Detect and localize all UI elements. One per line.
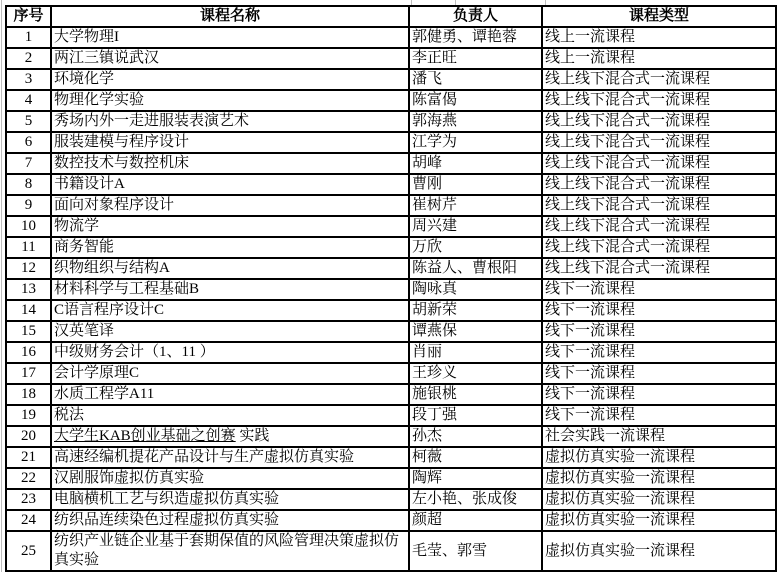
course-cell[interactable]: 电脑横机工艺与织造虚拟仿真实验 [51, 489, 409, 510]
course-cell[interactable]: 织物组织与结构A [51, 258, 409, 279]
type-cell[interactable]: 虚拟仿真实验一流课程 [542, 510, 776, 531]
table-row: 3环境化学潘飞线上线下混合式一流课程 [6, 69, 776, 90]
type-cell[interactable]: 线下一流课程 [542, 300, 776, 321]
course-cell[interactable]: 商务智能 [51, 237, 409, 258]
table-row: 9面向对象程序设计崔树芹线上线下混合式一流课程 [6, 195, 776, 216]
course-cell[interactable]: 高速经编机提花产品设计与生产虚拟仿真实验 [51, 447, 409, 468]
course-cell[interactable]: 材料科学与工程基础B [51, 279, 409, 300]
seq-cell[interactable]: 6 [6, 132, 51, 153]
course-cell[interactable]: 物流学 [51, 216, 409, 237]
table-row: 13材料科学与工程基础B陶咏真线下一流课程 [6, 279, 776, 300]
table-row: 16中级财务会计（1、11 ）肖丽线下一流课程 [6, 342, 776, 363]
table-row: 23电脑横机工艺与织造虚拟仿真实验左小艳、张成俊虚拟仿真实验一流课程 [6, 489, 776, 510]
header-row: 序号 课程名称 负责人 课程类型 [6, 6, 776, 27]
table-row: 11商务智能万欣线上线下混合式一流课程 [6, 237, 776, 258]
seq-cell[interactable]: 7 [6, 153, 51, 174]
table-row: 2两江三镇说武汉李正旺线上一流课程 [6, 48, 776, 69]
leader-cell[interactable]: 段丁强 [409, 405, 542, 426]
course-cell[interactable]: 汉英笔译 [51, 321, 409, 342]
type-cell[interactable]: 线上线下混合式一流课程 [542, 90, 776, 111]
course-cell[interactable]: 两江三镇说武汉 [51, 48, 409, 69]
type-cell[interactable]: 虚拟仿真实验一流课程 [542, 531, 776, 571]
seq-cell[interactable]: 19 [6, 405, 51, 426]
leader-cell[interactable]: 施银桃 [409, 384, 542, 405]
leader-cell[interactable]: 柯薇 [409, 447, 542, 468]
table-row: 18水质工程学A11施银桃线下一流课程 [6, 384, 776, 405]
course-cell[interactable]: 大学生KAB创业基础之创赛 实践 [51, 426, 409, 447]
header-course[interactable]: 课程名称 [51, 6, 409, 27]
course-cell[interactable]: 秀场内外一走进服装表演艺术 [51, 111, 409, 132]
course-cell[interactable]: C语言程序设计C [51, 300, 409, 321]
course-cell[interactable]: 环境化学 [51, 69, 409, 90]
seq-cell[interactable]: 3 [6, 69, 51, 90]
header-type[interactable]: 课程类型 [542, 6, 776, 27]
type-cell[interactable]: 线下一流课程 [542, 342, 776, 363]
seq-cell[interactable]: 12 [6, 258, 51, 279]
course-cell[interactable]: 数控技术与数控机床 [51, 153, 409, 174]
seq-cell[interactable]: 11 [6, 237, 51, 258]
course-table-body: 1大学物理I郭健勇、谭艳蓉线上一流课程2两江三镇说武汉李正旺线上一流课程3环境化… [6, 27, 776, 571]
leader-cell[interactable]: 谭燕保 [409, 321, 542, 342]
table-row: 21高速经编机提花产品设计与生产虚拟仿真实验柯薇虚拟仿真实验一流课程 [6, 447, 776, 468]
table-row: 24纺织品连续染色过程虚拟仿真实验颜超虚拟仿真实验一流课程 [6, 510, 776, 531]
type-cell[interactable]: 虚拟仿真实验一流课程 [542, 489, 776, 510]
type-cell[interactable]: 线上线下混合式一流课程 [542, 216, 776, 237]
course-cell[interactable]: 面向对象程序设计 [51, 195, 409, 216]
type-cell[interactable]: 社会实践一流课程 [542, 426, 776, 447]
type-cell[interactable]: 线上线下混合式一流课程 [542, 195, 776, 216]
table-row: 6服装建模与程序设计江学为线上线下混合式一流课程 [6, 132, 776, 153]
seq-cell[interactable]: 2 [6, 48, 51, 69]
type-cell[interactable]: 线下一流课程 [542, 363, 776, 384]
leader-cell[interactable]: 李正旺 [409, 48, 542, 69]
table-row: 15汉英笔译谭燕保线下一流课程 [6, 321, 776, 342]
table-row: 1大学物理I郭健勇、谭艳蓉线上一流课程 [6, 27, 776, 48]
type-cell[interactable]: 线上线下混合式一流课程 [542, 69, 776, 90]
type-cell[interactable]: 线上线下混合式一流课程 [542, 258, 776, 279]
leader-cell[interactable]: 郭海燕 [409, 111, 542, 132]
table-row: 19税法段丁强线下一流课程 [6, 405, 776, 426]
table-row: 8书籍设计A曹刚线上线下混合式一流课程 [6, 174, 776, 195]
table-row: 5秀场内外一走进服装表演艺术郭海燕线上线下混合式一流课程 [6, 111, 776, 132]
type-cell[interactable]: 虚拟仿真实验一流课程 [542, 468, 776, 489]
leader-cell[interactable]: 左小艳、张成俊 [409, 489, 542, 510]
header-seq[interactable]: 序号 [6, 6, 51, 27]
type-cell[interactable]: 虚拟仿真实验一流课程 [542, 447, 776, 468]
table-row: 10物流学周兴建线上线下混合式一流课程 [6, 216, 776, 237]
table-row: 7数控技术与数控机床胡峰线上线下混合式一流课程 [6, 153, 776, 174]
leader-cell[interactable]: 陈益人、曹根阳 [409, 258, 542, 279]
type-cell[interactable]: 线上一流课程 [542, 48, 776, 69]
sheet-gridline [1, 0, 2, 572]
type-cell[interactable]: 线下一流课程 [542, 321, 776, 342]
course-table: 序号 课程名称 负责人 课程类型 1大学物理I郭健勇、谭艳蓉线上一流课程2两江三… [5, 5, 777, 572]
table-row: 17会计学原理C王珍义线下一流课程 [6, 363, 776, 384]
seq-cell[interactable]: 25 [6, 531, 51, 571]
spreadsheet-canvas: 序号 课程名称 负责人 课程类型 1大学物理I郭健勇、谭艳蓉线上一流课程2两江三… [0, 0, 780, 572]
leader-cell[interactable]: 陶咏真 [409, 279, 542, 300]
table-row: 22汉剧服饰虚拟仿真实验陶辉虚拟仿真实验一流课程 [6, 468, 776, 489]
leader-cell[interactable]: 郭健勇、谭艳蓉 [409, 27, 542, 48]
leader-cell[interactable]: 陶辉 [409, 468, 542, 489]
seq-cell[interactable]: 8 [6, 174, 51, 195]
course-cell[interactable]: 大学物理I [51, 27, 409, 48]
seq-cell[interactable]: 21 [6, 447, 51, 468]
header-leader[interactable]: 负责人 [409, 6, 542, 27]
type-cell[interactable]: 线上线下混合式一流课程 [542, 111, 776, 132]
seq-cell[interactable]: 13 [6, 279, 51, 300]
table-row: 20大学生KAB创业基础之创赛 实践孙杰社会实践一流课程 [6, 426, 776, 447]
table-row: 4物理化学实验陈富偈线上线下混合式一流课程 [6, 90, 776, 111]
type-cell[interactable]: 线上线下混合式一流课程 [542, 237, 776, 258]
course-cell[interactable]: 汉剧服饰虚拟仿真实验 [51, 468, 409, 489]
course-cell[interactable]: 税法 [51, 405, 409, 426]
course-cell[interactable]: 纺织产业链企业基于套期保值的风险管理决策虚拟仿真实验 [51, 531, 409, 571]
seq-cell[interactable]: 17 [6, 363, 51, 384]
leader-cell[interactable]: 江学为 [409, 132, 542, 153]
type-cell[interactable]: 线上线下混合式一流课程 [542, 153, 776, 174]
table-row: 25纺织产业链企业基于套期保值的风险管理决策虚拟仿真实验毛莹、郭雪虚拟仿真实验一… [6, 531, 776, 571]
table-row: 12织物组织与结构A陈益人、曹根阳线上线下混合式一流课程 [6, 258, 776, 279]
course-cell[interactable]: 会计学原理C [51, 363, 409, 384]
type-cell[interactable]: 线上线下混合式一流课程 [542, 174, 776, 195]
seq-cell[interactable]: 9 [6, 195, 51, 216]
seq-cell[interactable]: 16 [6, 342, 51, 363]
leader-cell[interactable]: 颜超 [409, 510, 542, 531]
course-cell[interactable]: 水质工程学A11 [51, 384, 409, 405]
leader-cell[interactable]: 崔树芹 [409, 195, 542, 216]
seq-cell[interactable]: 14 [6, 300, 51, 321]
leader-cell[interactable]: 陈富偈 [409, 90, 542, 111]
seq-cell[interactable]: 4 [6, 90, 51, 111]
leader-cell[interactable]: 万欣 [409, 237, 542, 258]
seq-cell[interactable]: 1 [6, 27, 51, 48]
table-row: 14C语言程序设计C胡新荣线下一流课程 [6, 300, 776, 321]
seq-cell[interactable]: 15 [6, 321, 51, 342]
seq-cell[interactable]: 24 [6, 510, 51, 531]
type-cell[interactable]: 线下一流课程 [542, 384, 776, 405]
seq-cell[interactable]: 18 [6, 384, 51, 405]
seq-cell[interactable]: 20 [6, 426, 51, 447]
course-cell[interactable]: 物理化学实验 [51, 90, 409, 111]
seq-cell[interactable]: 10 [6, 216, 51, 237]
type-cell[interactable]: 线下一流课程 [542, 279, 776, 300]
course-cell[interactable]: 书籍设计A [51, 174, 409, 195]
leader-cell[interactable]: 肖丽 [409, 342, 542, 363]
leader-cell[interactable]: 曹刚 [409, 174, 542, 195]
course-cell[interactable]: 纺织品连续染色过程虚拟仿真实验 [51, 510, 409, 531]
course-cell[interactable]: 中级财务会计（1、11 ） [51, 342, 409, 363]
leader-cell[interactable]: 毛莹、郭雪 [409, 531, 542, 571]
seq-cell[interactable]: 5 [6, 111, 51, 132]
seq-cell[interactable]: 22 [6, 468, 51, 489]
leader-cell[interactable]: 王珍义 [409, 363, 542, 384]
underlined-course-text: 大学生KAB创业基础之创赛 [54, 428, 236, 444]
leader-cell[interactable]: 孙杰 [409, 426, 542, 447]
leader-cell[interactable]: 胡新荣 [409, 300, 542, 321]
course-cell[interactable]: 服装建模与程序设计 [51, 132, 409, 153]
leader-cell[interactable]: 胡峰 [409, 153, 542, 174]
type-cell[interactable]: 线上一流课程 [542, 27, 776, 48]
leader-cell[interactable]: 周兴建 [409, 216, 542, 237]
type-cell[interactable]: 线下一流课程 [542, 405, 776, 426]
type-cell[interactable]: 线上线下混合式一流课程 [542, 132, 776, 153]
leader-cell[interactable]: 潘飞 [409, 69, 542, 90]
seq-cell[interactable]: 23 [6, 489, 51, 510]
